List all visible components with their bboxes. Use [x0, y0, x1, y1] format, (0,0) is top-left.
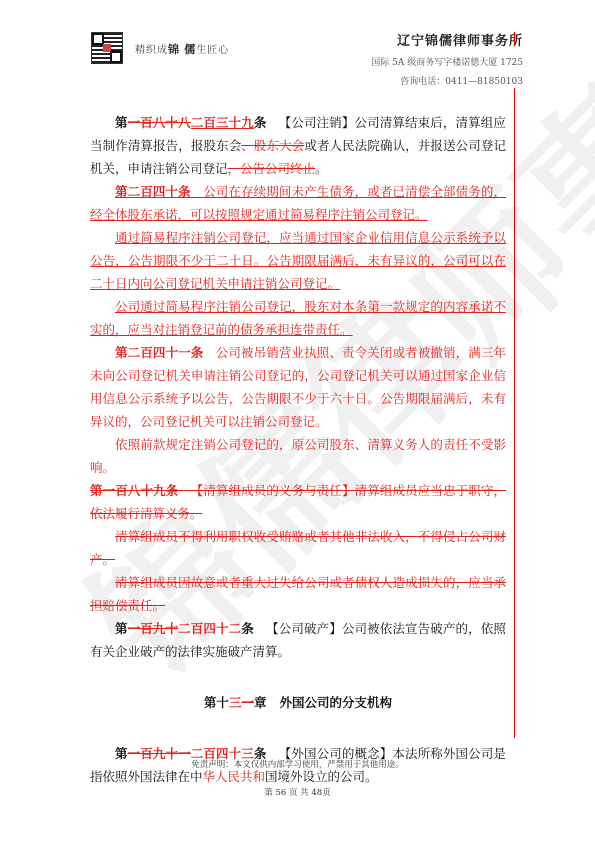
firm-phone: 咨询电话：0411—81850103 [371, 74, 523, 87]
article-242: 第一百九十二百四十二条 【公司破产】公司被依法宣告破产的，依照有关企业破产的法律… [90, 617, 506, 663]
page-header: 精织成锦 儒生匠心 辽宁锦儒律师事务所 国际 5A 级商务写字楼诺德大厦 172… [0, 0, 595, 90]
article-240-p1: 第二百四十条 公司在存续期间未产生债务，或者已清偿全部债务的，经全体股东承诺，可… [90, 180, 506, 226]
chapter-heading: 第十三一章 外国公司的分支机构 [90, 691, 506, 714]
article-189-deleted-p2: 清算组成员不得利用职权收受贿赂或者其他非法收入，不得侵占公司财产。 [90, 525, 506, 571]
slogan: 精织成锦 儒生匠心 [135, 41, 229, 57]
article-240-p2: 通过简易程序注销公司登记，应当通过国家企业信用信息公示系统予以公告，公告期限不少… [90, 226, 506, 295]
article-189-deleted-p3: 清算组成员因故意或者重大过失给公司或者债权人造成损失的，应当承担赔偿责任。 [90, 571, 506, 617]
firm-info: 辽宁锦儒律师事务所 国际 5A 级商务写字楼诺德大厦 1725 咨询电话：041… [371, 30, 523, 87]
firm-name: 辽宁锦儒律师事务所 [371, 30, 523, 49]
article-241-p1: 第二百四十一条 公司被吊销营业执照、责令关闭或者被撤销，满三年未向公司登记机关申… [90, 341, 506, 433]
firm-address: 国际 5A 级商务写字楼诺德大厦 1725 [371, 55, 523, 68]
qr-code [92, 33, 122, 63]
article-189-deleted-p1: 第一百八十九条 【清算组成员的义务与责任】清算组成员应当忠于职守，依法履行清算义… [90, 479, 506, 525]
header-red-mark [514, 32, 515, 46]
footer-disclaimer: 免责声明：本文仅供内部学习使用，严禁用于其他用途。 [0, 758, 595, 770]
article-240-p3: 公司通过简易程序注销公司登记，股东对本条第一款规定的内容承诺不实的，应当对注销登… [90, 295, 506, 341]
article-241-p2: 依照前款规定注销公司登记的，原公司股东、清算义务人的责任不受影响。 [90, 433, 506, 479]
article-239: 第一百八十八二百三十九条 【公司注销】公司清算结束后，清算组应当制作清算报告，报… [90, 111, 506, 180]
revision-bar [514, 88, 515, 738]
document-body: 第一百八十八二百三十九条 【公司注销】公司清算结束后，清算组应当制作清算报告，报… [90, 111, 506, 788]
page-number: 第 56 页 共 48页 [0, 786, 595, 798]
